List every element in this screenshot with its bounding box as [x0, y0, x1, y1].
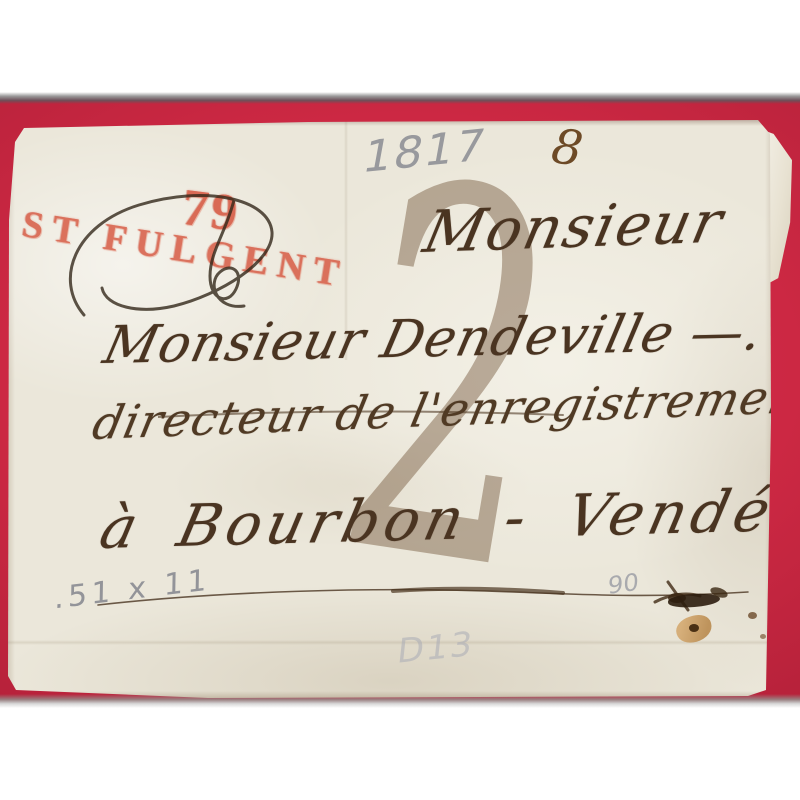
bottom-margin [0, 704, 800, 800]
address-line-1: Monsieur [418, 188, 730, 266]
address-underline-flourish [93, 578, 758, 622]
letter-cover: 79 ST FULGENT 2 8 1817 .51 x 11 90 D13 M… [8, 120, 771, 698]
pencil-reference-annotation: D13 [395, 624, 476, 672]
address-line-2: Monsieur Dendeville —. [98, 302, 769, 376]
weight-marking: 8 [548, 118, 586, 178]
crossbar-stroke [158, 408, 568, 420]
address-line-4: à Bourbon - Vendée [94, 476, 800, 562]
top-margin [0, 0, 800, 96]
ink-dot-stain-small [760, 634, 766, 639]
scan-edge-top [0, 92, 800, 104]
wax-seal-speck [689, 624, 699, 632]
photo-scene: 79 ST FULGENT 2 8 1817 .51 x 11 90 D13 M… [0, 0, 800, 800]
ink-dot-stain [748, 612, 757, 619]
